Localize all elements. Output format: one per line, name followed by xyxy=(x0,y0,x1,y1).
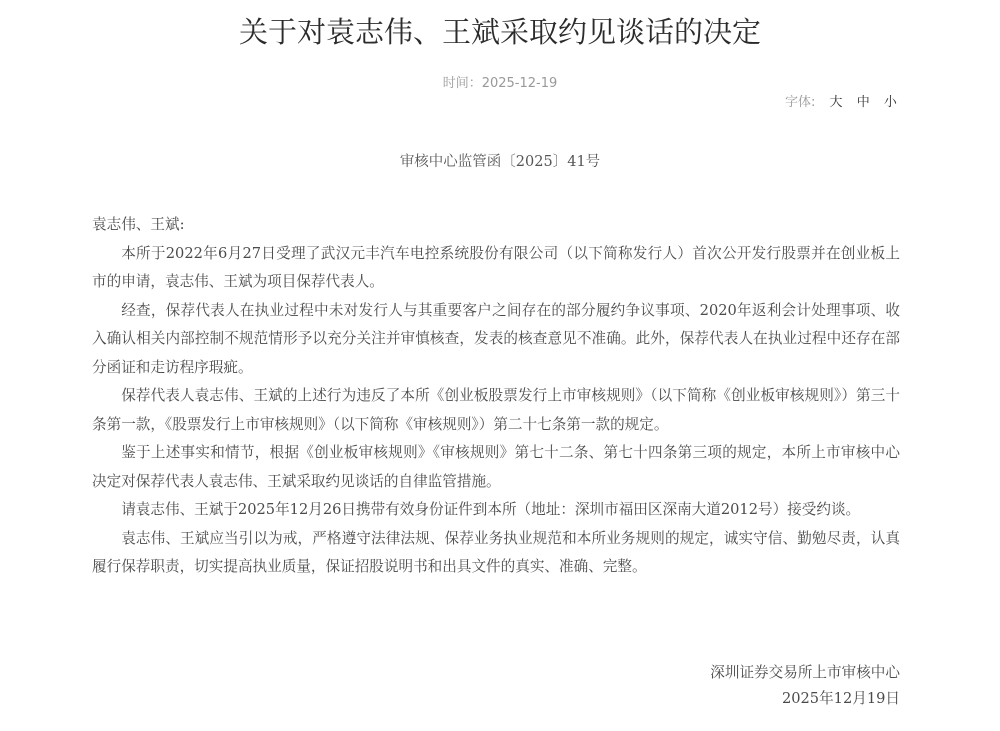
font-size-small-button[interactable]: 小 xyxy=(884,95,897,110)
salutation: 袁志伟、王斌: xyxy=(92,211,900,240)
document-number: 审核中心监管函〔2025〕41号 xyxy=(0,151,1000,173)
paragraph-violation: 保荐代表人袁志伟、王斌的上述行为违反了本所《创业板股票发行上市审核规则》（以下简… xyxy=(92,382,900,439)
issue-date: 2025年12月19日 xyxy=(710,686,900,712)
font-size-label: 字体: xyxy=(785,95,815,110)
paragraph-appointment: 请袁志伟、王斌于2025年12月26日携带有效身份证件到本所（地址：深圳市福田区… xyxy=(92,496,900,525)
font-size-medium-button[interactable]: 中 xyxy=(857,95,870,110)
font-size-selector: 字体: 大 中 小 xyxy=(785,93,897,113)
publish-time: 时间：2025-12-19 xyxy=(0,74,1000,94)
signature-block: 深圳证券交易所上市审核中心 2025年12月19日 xyxy=(710,660,900,712)
font-size-large-button[interactable]: 大 xyxy=(830,95,843,110)
document-body: 袁志伟、王斌: 本所于2022年6月27日受理了武汉元丰汽车电控系统股份有限公司… xyxy=(92,211,900,582)
paragraph-measure: 鉴于上述事实和情节，根据《创业板审核规则》《审核规则》第七十二条、第七十四条第三… xyxy=(92,439,900,496)
page-title: 关于对袁志伟、王斌采取约见谈话的决定 xyxy=(0,10,1000,54)
paragraph-acceptance: 本所于2022年6月27日受理了武汉元丰汽车电控系统股份有限公司（以下简称发行人… xyxy=(92,240,900,297)
paragraph-warning: 袁志伟、王斌应当引以为戒，严格遵守法律法规、保荐业务执业规范和本所业务规则的规定… xyxy=(92,525,900,582)
issuer-name: 深圳证券交易所上市审核中心 xyxy=(710,660,900,686)
paragraph-findings: 经查，保荐代表人在执业过程中未对发行人与其重要客户之间存在的部分履约争议事项、2… xyxy=(92,297,900,383)
